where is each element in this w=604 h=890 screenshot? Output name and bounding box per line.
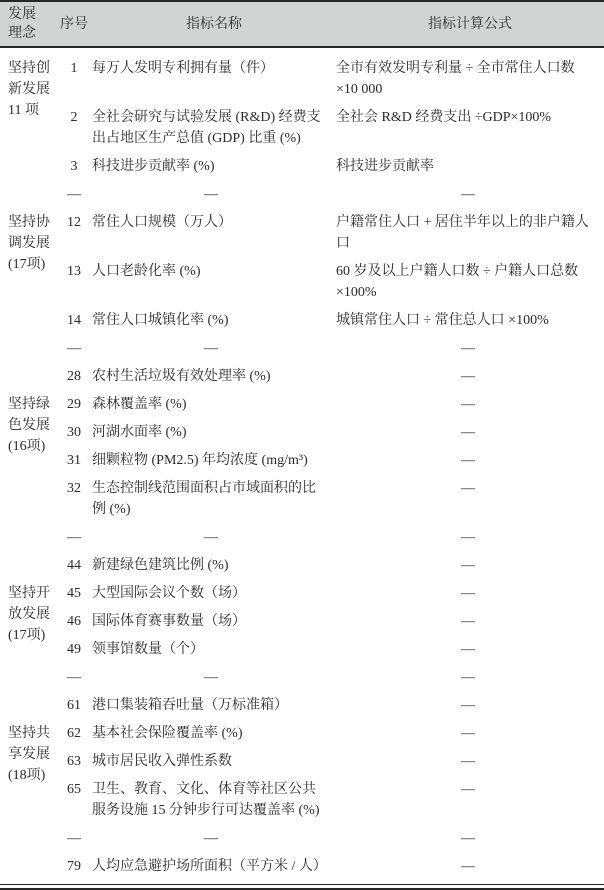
row-number: 49: [56, 639, 92, 660]
indicator-formula: 城镇常住人口 ÷ 常住总人口 ×100%: [336, 310, 604, 331]
indicator-formula: —: [336, 527, 604, 548]
separator-row: — — —: [56, 667, 604, 688]
separator-row: — — —: [56, 338, 604, 359]
row-number: —: [56, 527, 92, 548]
indicator-formula: —: [336, 723, 604, 744]
row-number: —: [56, 828, 92, 849]
table-row: 61 港口集装箱吞吐量（万标准箱） —: [56, 695, 604, 716]
table-row: 3 科技进步贡献率 (%) 科技进步贡献率: [56, 156, 604, 177]
row-number: 32: [56, 478, 92, 499]
table-row: 49 领事馆数量（个） —: [56, 639, 604, 660]
indicator-name: 常住人口城镇化率 (%): [92, 310, 336, 331]
indicator-formula: —: [336, 695, 604, 716]
group-green: 坚持绿 色发展 (16项) 28 农村生活垃圾有效处理率 (%) — 29 森林…: [0, 366, 604, 555]
row-number: —: [56, 184, 92, 205]
table-header-row: 发展 理念 序号 指标名称 指标计算公式: [0, 0, 604, 48]
indicator-name: —: [92, 527, 336, 548]
indicator-formula: —: [336, 555, 604, 576]
table-row: 65 卫生、教育、文化、体育等社区公共 服务设施 15 分钟步行可达覆盖率 (%…: [56, 779, 604, 821]
group-share: 坚持共 享发展 (18项) 61 港口集装箱吞吐量（万标准箱） — 62 基本社…: [0, 695, 604, 884]
concept-label-open: 坚持开 放发展 (17项): [0, 555, 56, 695]
indicator-formula: —: [336, 667, 604, 688]
table-row: 46 国际体育赛事数量（场） —: [56, 611, 604, 632]
row-number: 29: [56, 394, 92, 415]
concept-label-coordination: 坚持协 调发展 (17项): [0, 212, 56, 366]
row-number: —: [56, 338, 92, 359]
indicator-name: 全社会研究与试验发展 (R&D) 经费支 出占地区生产总值 (GDP) 比重 (…: [92, 107, 336, 149]
indicator-formula: —: [336, 828, 604, 849]
concept-label-innovation: 坚持创 新发展 11 项: [0, 58, 56, 212]
indicator-name: 河湖水面率 (%): [92, 422, 336, 443]
row-number: 63: [56, 751, 92, 772]
row-number: 28: [56, 366, 92, 387]
table-body: 坚持创 新发展 11 项 1 每万人发明专利拥有量（件） 全市有效发明专利量 ÷…: [0, 48, 604, 884]
indicator-name: 城市居民收入弹性系数: [92, 751, 336, 772]
row-number: 62: [56, 723, 92, 744]
table-row: 14 常住人口城镇化率 (%) 城镇常住人口 ÷ 常住总人口 ×100%: [56, 310, 604, 331]
indicator-formula: —: [336, 856, 604, 877]
table-row: 31 细颗粒物 (PM2.5) 年均浓度 (mg/m³) —: [56, 450, 604, 471]
indicator-formula: —: [336, 611, 604, 632]
indicator-name: 港口集装箱吞吐量（万标准箱）: [92, 695, 336, 716]
indicator-formula: —: [336, 478, 604, 499]
indicator-name: —: [92, 184, 336, 205]
indicator-name: 大型国际会议个数（场）: [92, 583, 336, 604]
indicator-name: 人口老龄化率 (%): [92, 261, 336, 282]
group-coordination: 坚持协 调发展 (17项) 12 常住人口规模（万人） 户籍常住人口 + 居住半…: [0, 212, 604, 366]
indicator-table: 发展 理念 序号 指标名称 指标计算公式 坚持创 新发展 11 项 1 每万人发…: [0, 0, 604, 890]
indicator-name: 国际体育赛事数量（场）: [92, 611, 336, 632]
table-bottom-rule: [0, 884, 604, 890]
indicator-formula: —: [336, 184, 604, 205]
header-concept: 发展 理念: [0, 5, 56, 43]
table-row: 2 全社会研究与试验发展 (R&D) 经费支 出占地区生产总值 (GDP) 比重…: [56, 107, 604, 149]
indicator-name: 每万人发明专利拥有量（件）: [92, 58, 336, 79]
indicator-formula: —: [336, 779, 604, 800]
header-number: 序号: [56, 15, 92, 34]
indicator-formula: —: [336, 639, 604, 660]
group-open: 坚持开 放发展 (17项) 44 新建绿色建筑比例 (%) — 45 大型国际会…: [0, 555, 604, 695]
row-number: 14: [56, 310, 92, 331]
row-number: 61: [56, 695, 92, 716]
row-number: 31: [56, 450, 92, 471]
group-innovation: 坚持创 新发展 11 项 1 每万人发明专利拥有量（件） 全市有效发明专利量 ÷…: [0, 58, 604, 212]
indicator-name: 常住人口规模（万人）: [92, 212, 336, 233]
indicator-name: 基本社会保险覆盖率 (%): [92, 723, 336, 744]
indicator-name: 领事馆数量（个）: [92, 639, 336, 660]
indicator-formula: —: [336, 450, 604, 471]
row-number: 65: [56, 779, 92, 800]
indicator-formula: 全市有效发明专利量 ÷ 全市常住人口数 ×10 000: [336, 58, 604, 100]
table-row: 44 新建绿色建筑比例 (%) —: [56, 555, 604, 576]
table-row: 62 基本社会保险覆盖率 (%) —: [56, 723, 604, 744]
indicator-name: —: [92, 667, 336, 688]
row-number: 45: [56, 583, 92, 604]
indicator-formula: 科技进步贡献率: [336, 156, 604, 177]
indicator-name: 科技进步贡献率 (%): [92, 156, 336, 177]
table-row: 45 大型国际会议个数（场） —: [56, 583, 604, 604]
indicator-name: 新建绿色建筑比例 (%): [92, 555, 336, 576]
indicator-formula: —: [336, 422, 604, 443]
indicator-name: —: [92, 338, 336, 359]
row-number: 30: [56, 422, 92, 443]
indicator-name: 农村生活垃圾有效处理率 (%): [92, 366, 336, 387]
separator-row: — — —: [56, 527, 604, 548]
table-row: 63 城市居民收入弹性系数 —: [56, 751, 604, 772]
row-number: —: [56, 667, 92, 688]
indicator-name: 森林覆盖率 (%): [92, 394, 336, 415]
indicator-name: —: [92, 828, 336, 849]
table-row: 29 森林覆盖率 (%) —: [56, 394, 604, 415]
concept-label-share: 坚持共 享发展 (18项): [0, 695, 56, 884]
table-row: 1 每万人发明专利拥有量（件） 全市有效发明专利量 ÷ 全市常住人口数 ×10 …: [56, 58, 604, 100]
row-number: 2: [56, 107, 92, 128]
indicator-formula: —: [336, 583, 604, 604]
row-number: 13: [56, 261, 92, 282]
indicator-name: 生态控制线范围面积占市域面积的比 例 (%): [92, 478, 336, 520]
table-row: 32 生态控制线范围面积占市域面积的比 例 (%) —: [56, 478, 604, 520]
row-number: 3: [56, 156, 92, 177]
separator-row: — — —: [56, 828, 604, 849]
table-row: 30 河湖水面率 (%) —: [56, 422, 604, 443]
row-number: 46: [56, 611, 92, 632]
row-number: 79: [56, 856, 92, 877]
row-number: 44: [56, 555, 92, 576]
indicator-formula: 户籍常住人口 + 居住半年以上的非户籍人 口: [336, 212, 604, 254]
table-row: 79 人均应急避护场所面积（平方米 / 人） —: [56, 856, 604, 877]
table-row: 13 人口老龄化率 (%) 60 岁及以上户籍人口数 ÷ 户籍人口总数 ×100…: [56, 261, 604, 303]
indicator-formula: —: [336, 394, 604, 415]
indicator-formula: —: [336, 338, 604, 359]
indicator-name: 细颗粒物 (PM2.5) 年均浓度 (mg/m³): [92, 450, 336, 471]
row-number: 1: [56, 58, 92, 79]
header-indicator-name: 指标名称: [92, 15, 336, 34]
indicator-formula: 全社会 R&D 经费支出 ÷GDP×100%: [336, 107, 604, 128]
concept-label-green: 坚持绿 色发展 (16项): [0, 366, 56, 555]
header-formula: 指标计算公式: [336, 15, 604, 34]
table-row: 28 农村生活垃圾有效处理率 (%) —: [56, 366, 604, 387]
indicator-formula: —: [336, 751, 604, 772]
indicator-name: 卫生、教育、文化、体育等社区公共 服务设施 15 分钟步行可达覆盖率 (%): [92, 779, 336, 821]
separator-row: — — —: [56, 184, 604, 205]
indicator-name: 人均应急避护场所面积（平方米 / 人）: [92, 856, 336, 877]
indicator-formula: —: [336, 366, 604, 387]
row-number: 12: [56, 212, 92, 233]
indicator-formula: 60 岁及以上户籍人口数 ÷ 户籍人口总数 ×100%: [336, 261, 604, 303]
table-row: 12 常住人口规模（万人） 户籍常住人口 + 居住半年以上的非户籍人 口: [56, 212, 604, 254]
